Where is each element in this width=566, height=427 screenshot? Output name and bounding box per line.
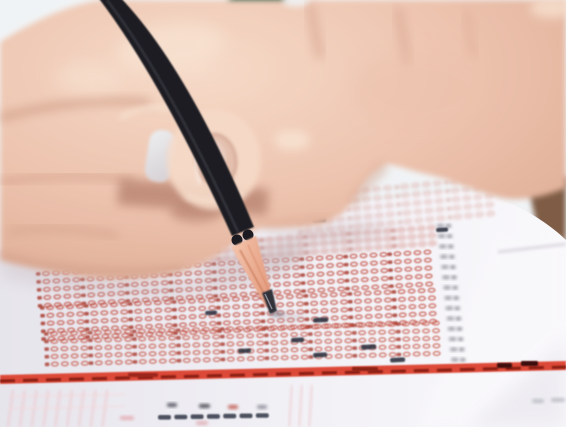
question-number-mark [345,279,350,283]
question-number-mark [389,284,394,288]
question-number-mark [172,308,177,312]
question-number-mark [177,351,182,355]
question-number-mark [353,354,358,358]
question-number-mark [84,304,89,308]
lower-scatter-mark [532,399,544,403]
band-dark-patch [497,363,512,368]
question-number-mark [300,265,305,269]
question-number-mark [393,313,398,317]
question-number-mark [265,356,270,360]
question-number-mark [395,194,400,198]
question-number-mark [444,180,449,184]
question-number-mark [447,207,452,211]
question-number-mark [343,255,348,259]
question-number-mark [392,236,397,240]
question-number-mark [308,332,313,336]
question-number-mark [173,323,178,327]
question-number-mark [397,353,402,357]
band-dark-patch [352,367,378,371]
question-number-mark [44,347,49,351]
lower-scatter-mark [199,404,210,408]
lower-filled-mark [174,415,187,420]
question-number-mark [349,315,354,319]
question-number-mark [216,298,221,302]
question-number-mark [172,316,177,320]
question-number-mark [309,355,314,359]
question-number-mark [216,306,221,310]
question-number-mark [260,238,265,242]
question-number-mark [304,302,309,306]
penciled-answer-mark [390,357,405,362]
number-digit-mark [439,245,446,249]
penciled-answer-mark [238,348,251,353]
number-digit-mark [444,286,451,290]
question-number-mark [387,252,392,256]
question-number-mark [133,352,138,356]
question-number-mark [169,297,174,301]
penciled-answer-mark [361,344,376,350]
skin-highlight-3 [55,62,125,94]
question-number-mark [132,345,137,349]
question-number-mark [352,346,357,350]
skin-highlight-5 [350,50,490,130]
question-number-mark [264,341,269,345]
question-number-mark [260,304,265,308]
question-number-mark [300,273,305,277]
question-number-mark [392,306,397,310]
number-digit-mark [454,296,459,299]
question-number-mark [88,331,93,335]
lower-scatter-mark [196,421,208,425]
question-number-mark [220,327,225,331]
number-digit-mark [448,327,455,331]
question-number-mark [40,314,45,318]
question-number-mark [344,263,349,267]
number-digit-mark [446,306,453,310]
band-dark-patch [128,373,158,377]
question-number-mark [392,244,397,248]
penciled-answer-mark [291,337,304,342]
number-digit-mark [451,358,458,362]
question-number-mark [446,198,451,202]
question-number-mark [37,288,42,292]
lower-filled-mark [256,413,269,418]
lower-scatter-mark [257,405,267,409]
question-number-mark [348,308,353,312]
question-number-mark [129,325,134,329]
lower-scatter-mark [120,416,134,420]
penciled-answer-mark [313,352,327,357]
question-number-mark [41,322,46,326]
photo-answer-sheet-scene [0,0,566,427]
scene-canvas [0,0,566,427]
question-number-mark [217,321,222,325]
question-number-mark [305,251,310,255]
number-digit-mark [457,327,462,330]
question-number-mark [261,319,266,323]
question-number-mark [308,340,313,344]
number-digit-mark [443,276,450,280]
lower-scatter-mark [167,403,177,407]
question-number-mark [388,260,393,264]
question-number-mark [128,302,133,306]
lower-filled-mark [158,415,171,420]
number-digit-mark [448,245,453,248]
question-number-mark [352,339,357,343]
question-number-mark [308,347,313,351]
question-number-mark [81,293,86,297]
question-number-mark [344,271,349,275]
question-number-mark [89,361,94,365]
question-number-mark [172,300,177,304]
question-number-mark [392,298,397,302]
question-number-mark [308,325,313,329]
question-number-mark [352,323,357,327]
question-number-mark [301,289,306,293]
number-digit-mark [459,348,464,351]
question-number-mark [396,345,401,349]
number-digit-mark [441,265,448,269]
number-digit-mark [450,266,455,269]
question-number-mark [396,322,401,326]
question-number-mark [45,355,50,359]
question-number-mark [176,336,181,340]
number-digit-mark [458,338,463,341]
question-number-mark [348,247,353,251]
question-number-mark [299,257,304,261]
question-number-mark [304,294,309,298]
question-number-mark [347,216,352,220]
question-number-mark [37,296,42,300]
number-digit-mark [449,337,456,341]
lower-filled-mark [223,414,236,419]
question-number-mark [132,330,137,334]
band-dark-patch [521,361,538,366]
question-number-mark [221,350,226,354]
penciled-answer-mark [436,227,448,232]
question-number-mark [264,326,269,330]
question-number-mark [132,337,137,341]
question-number-mark [396,203,401,207]
lower-scatter-mark [228,405,238,409]
number-digit-mark [449,255,454,258]
penciled-answer-mark [205,310,217,315]
question-number-mark [398,220,403,224]
question-number-mark [133,360,138,364]
question-number-mark [388,268,393,272]
question-number-mark [448,215,453,219]
question-number-mark [220,342,225,346]
question-number-mark [391,229,396,233]
question-number-mark [84,312,89,316]
number-digit-mark [455,307,460,310]
question-number-mark [128,310,133,314]
skin-highlight-2 [274,130,310,150]
question-number-mark [88,338,93,342]
question-number-mark [85,320,90,324]
penciled-answer-mark [313,317,328,323]
lower-filled-mark [191,414,204,419]
question-number-mark [260,312,265,316]
number-digit-mark [447,235,452,238]
question-number-mark [394,185,399,189]
number-digit-mark [446,224,451,227]
lower-filled-mark [240,414,253,419]
number-digit-mark [437,224,444,228]
number-digit-mark [456,317,461,320]
question-number-mark [345,287,350,291]
question-number-mark [265,349,270,353]
question-number-mark [176,344,181,348]
question-number-mark [88,346,93,350]
question-number-mark [129,318,134,322]
question-number-mark [44,332,49,336]
number-digit-mark [452,276,457,279]
question-number-mark [264,334,269,338]
number-digit-mark [438,234,445,238]
lower-filled-mark [207,414,220,419]
number-digit-mark [440,255,447,259]
question-number-mark [221,358,226,362]
number-digit-mark [445,296,452,300]
question-number-mark [348,292,353,296]
question-number-mark [304,310,309,314]
question-number-mark [392,290,397,294]
question-number-mark [216,314,221,318]
question-number-mark [45,362,50,366]
question-number-mark [396,337,401,341]
question-number-mark [301,281,306,285]
question-number-mark [348,300,353,304]
number-digit-mark [460,358,465,361]
question-number-mark [213,294,218,298]
question-number-mark [397,211,402,215]
lower-scatter-mark [551,398,565,402]
question-number-mark [352,331,357,335]
question-number-mark [396,330,401,334]
question-number-mark [44,340,49,344]
question-number-mark [445,189,450,193]
question-number-mark [220,335,225,339]
question-number-mark [389,276,394,280]
question-number-mark [40,306,45,310]
question-number-mark [89,354,94,358]
number-digit-mark [453,286,458,289]
number-digit-mark [447,317,454,321]
question-number-mark [177,359,182,363]
question-number-mark [176,328,181,332]
number-digit-mark [450,348,457,352]
